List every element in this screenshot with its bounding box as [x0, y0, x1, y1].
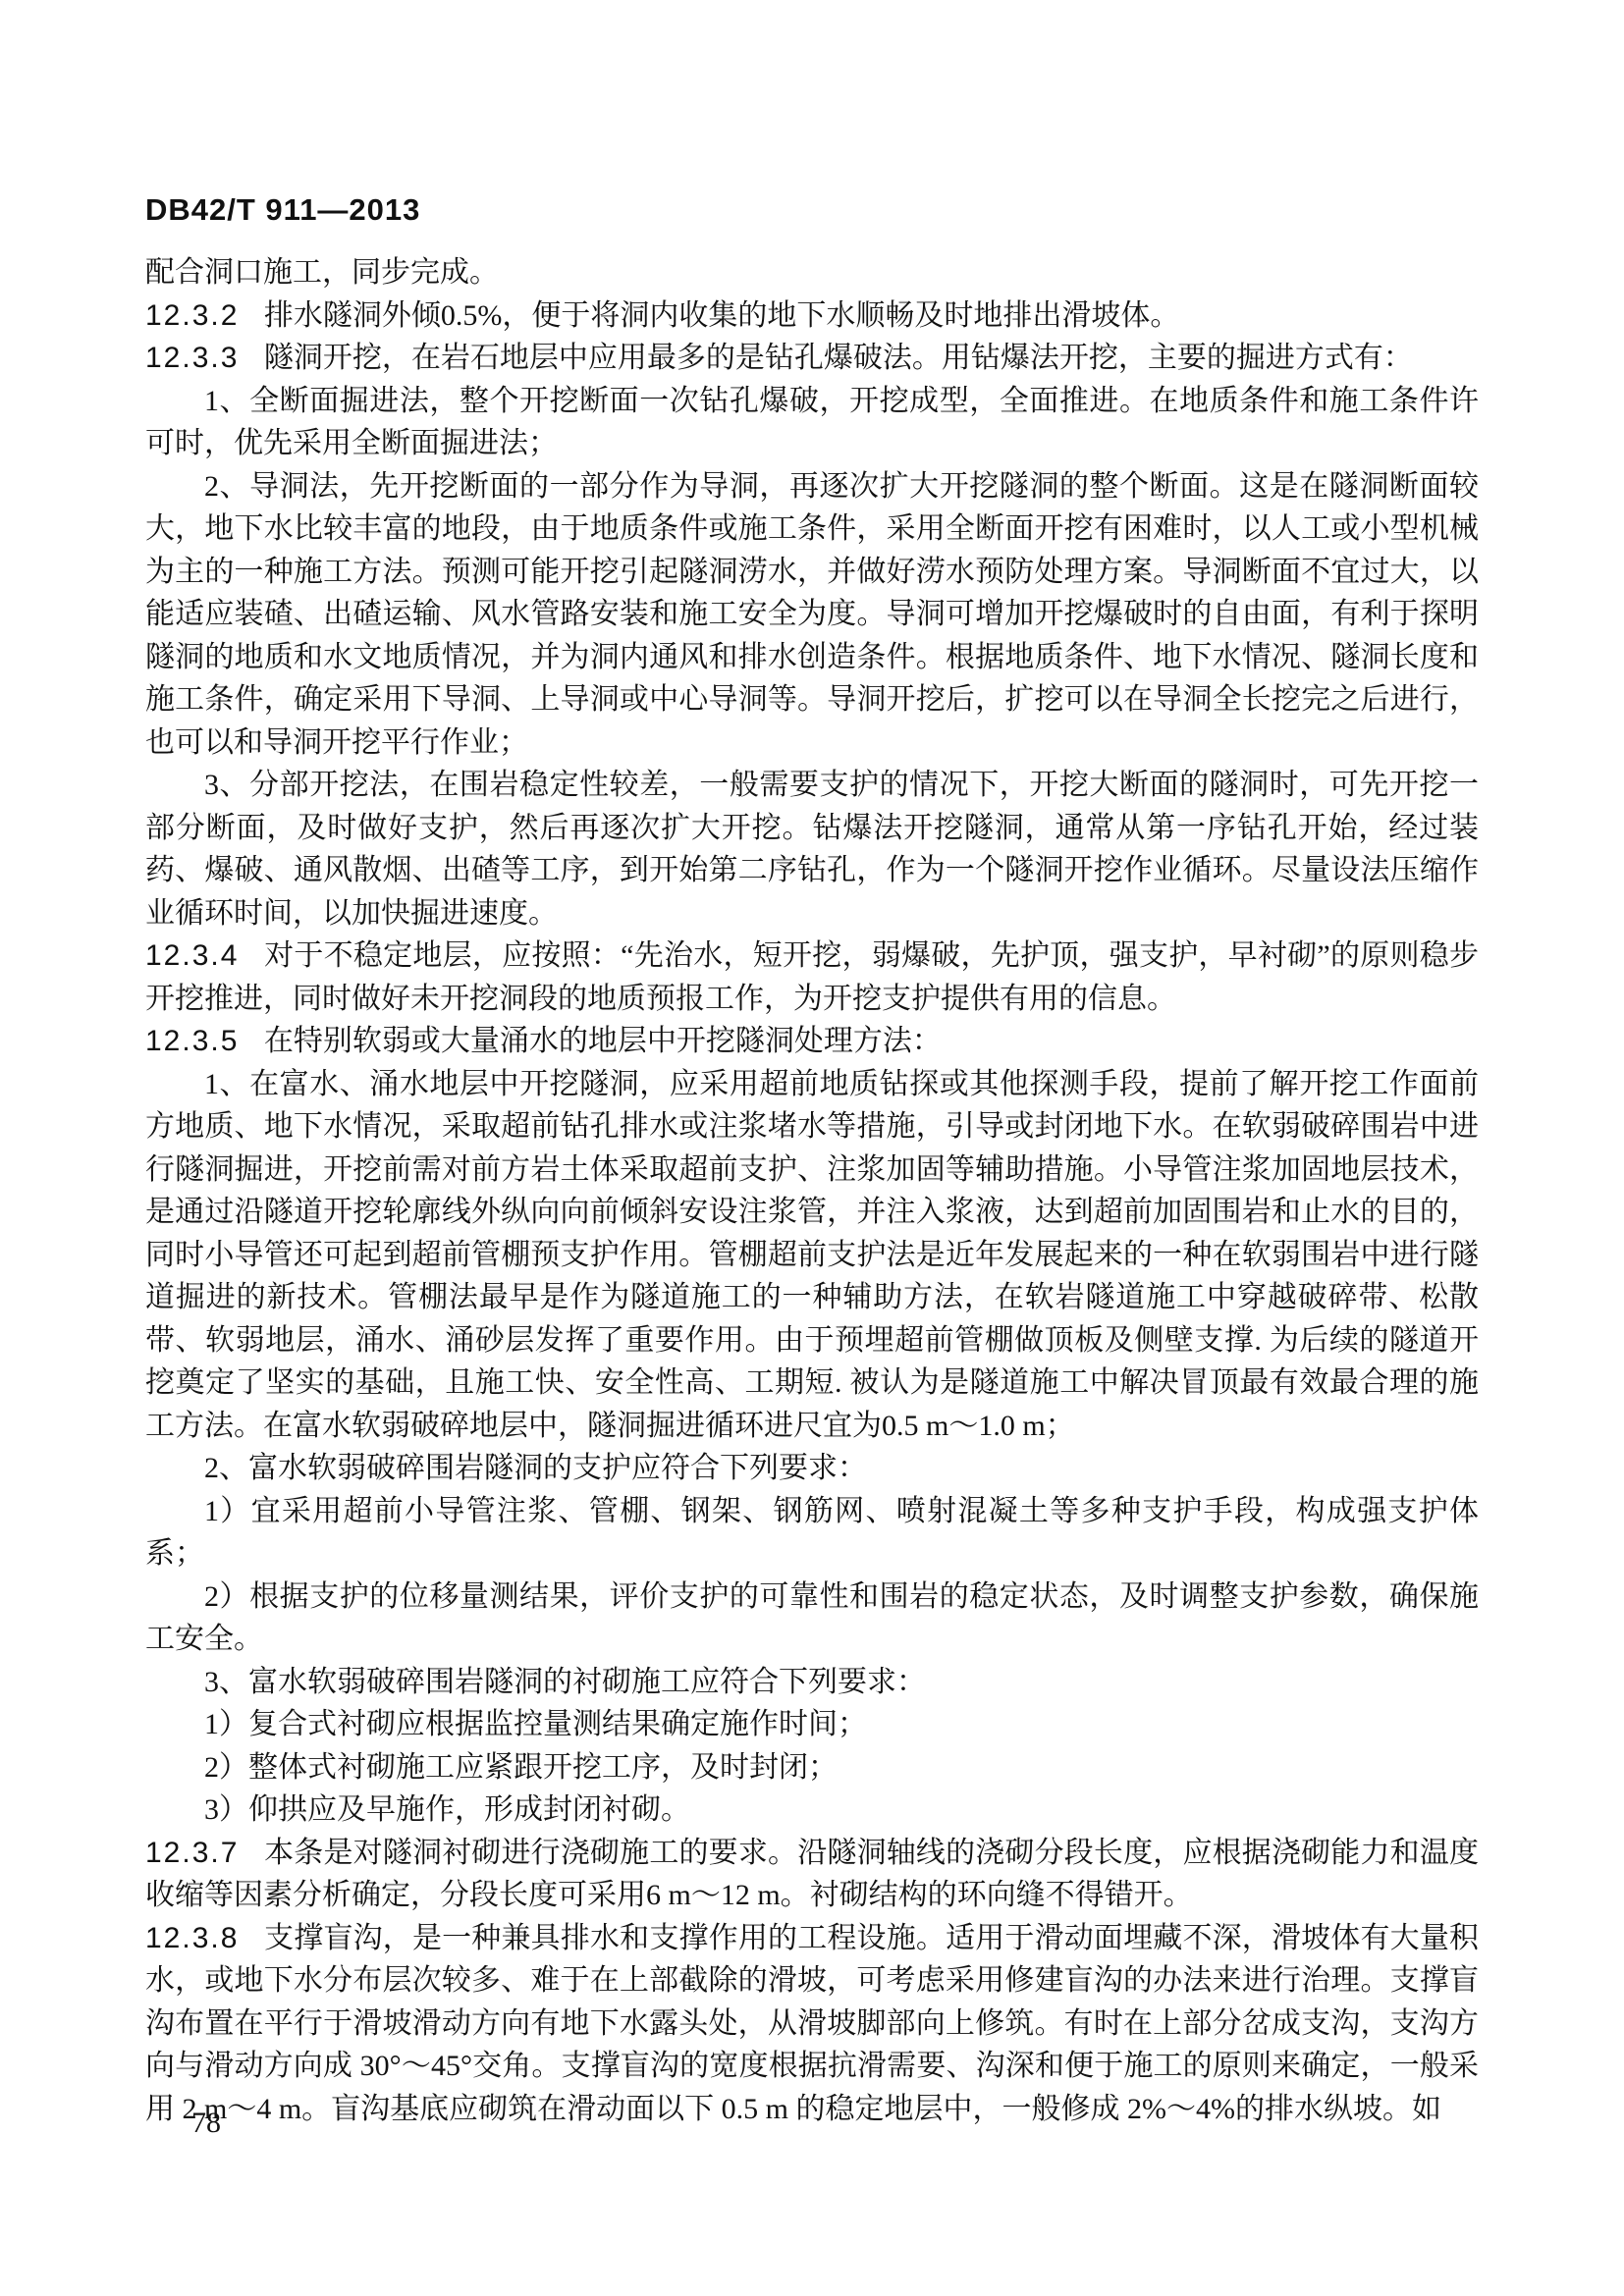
list-item-paragraph: 1、在富水、涌水地层中开挖隧洞，应采用超前地质钻探或其他探测手段，提前了解开挖工…: [145, 1063, 1479, 1448]
paragraph-text: 3、富水软弱破碎围岩隧洞的衬砌施工应符合下列要求：: [204, 1666, 926, 1698]
paragraph-text: 2、导洞法，先开挖断面的一部分作为导洞，再逐次扩大开挖隧洞的整个断面。这是在隧洞…: [145, 470, 1479, 759]
paragraph-text: 支撑盲沟，是一种兼具排水和支撑作用的工程设施。适用于滑动面埋藏不深，滑坡体有大量…: [145, 1922, 1479, 2125]
clause-paragraph: 12.3.2排水隧洞外倾0.5%，便于将洞内收集的地下水顺畅及时地排出滑坡体。: [145, 294, 1479, 338]
sub-item-paragraph: 2）整体式衬砌施工应紧跟开挖工序，及时封闭；: [145, 1746, 1479, 1789]
paragraph-text: 1、全断面掘进法，整个开挖断面一次钻孔爆破，开挖成型，全面推进。在地质条件和施工…: [145, 385, 1479, 460]
paragraph-text: 2、富水软弱破碎围岩隧洞的支护应符合下列要求：: [204, 1452, 867, 1484]
paragraph-text: 2）整体式衬砌施工应紧跟开挖工序，及时封闭；: [204, 1751, 838, 1784]
paragraph-text: 对于不稳定地层，应按照：“先治水，短开挖，弱爆破，先护顶，强支护，早衬砌”的原则…: [145, 939, 1479, 1015]
clause-number: 12.3.5: [145, 1025, 239, 1057]
page-number: 78: [191, 2107, 221, 2140]
sub-item-paragraph: 1）宜采用超前小导管注浆、管棚、钢架、钢筋网、喷射混凝土等多种支护手段，构成强支…: [145, 1490, 1479, 1575]
clause-number: 12.3.8: [145, 1922, 239, 1954]
clause-paragraph: 12.3.3隧洞开挖，在岩石地层中应用最多的是钻孔爆破法。用钻爆法开挖，主要的掘…: [145, 337, 1479, 380]
list-item-paragraph: 2、导洞法，先开挖断面的一部分作为导洞，再逐次扩大开挖隧洞的整个断面。这是在隧洞…: [145, 465, 1479, 765]
clause-paragraph: 12.3.8支撑盲沟，是一种兼具排水和支撑作用的工程设施。适用于滑动面埋藏不深，…: [145, 1917, 1479, 2131]
paragraph-text: 在特别软弱或大量涌水的地层中开挖隧洞处理方法：: [264, 1025, 942, 1057]
clause-number: 12.3.4: [145, 939, 239, 972]
paragraph-text: 2）根据支护的位移量测结果，评价支护的可靠性和围岩的稳定状态，及时调整支护参数，…: [145, 1580, 1479, 1656]
clause-number: 12.3.2: [145, 299, 239, 332]
list-item-paragraph: 3、分部开挖法，在围岩稳定性较差，一般需要支护的情况下，开挖大断面的隧洞时，可先…: [145, 764, 1479, 934]
standard-number-header: DB42/T 911—2013: [145, 192, 420, 228]
paragraph-text: 1、在富水、涌水地层中开挖隧洞，应采用超前地质钻探或其他探测手段，提前了解开挖工…: [145, 1068, 1479, 1442]
paragraph-text: 配合洞口施工，同步完成。: [145, 256, 499, 289]
clause-number: 12.3.3: [145, 342, 239, 374]
paragraph-text: 3、分部开挖法，在围岩稳定性较差，一般需要支护的情况下，开挖大断面的隧洞时，可先…: [145, 769, 1479, 930]
clause-paragraph: 12.3.7本条是对隧洞衬砌进行浇砌施工的要求。沿隧洞轴线的浇砌分段长度，应根据…: [145, 1832, 1479, 1917]
list-item-paragraph: 3、富水软弱破碎围岩隧洞的衬砌施工应符合下列要求：: [145, 1661, 1479, 1704]
sub-item-paragraph: 2）根据支护的位移量测结果，评价支护的可靠性和围岩的稳定状态，及时调整支护参数，…: [145, 1575, 1479, 1661]
clause-number: 12.3.7: [145, 1837, 239, 1869]
document-page: DB42/T 911—2013 配合洞口施工，同步完成。12.3.2排水隧洞外倾…: [0, 0, 1624, 2296]
sub-item-paragraph: 1）复合式衬砌应根据监控量测结果确定施作时间；: [145, 1703, 1479, 1746]
paragraph-text: 3）仰拱应及早施作，形成封闭衬砌。: [204, 1793, 690, 1826]
paragraph-text: 1）宜采用超前小导管注浆、管棚、钢架、钢筋网、喷射混凝土等多种支护手段，构成强支…: [145, 1495, 1479, 1571]
paragraph-text: 1）复合式衬砌应根据监控量测结果确定施作时间；: [204, 1708, 867, 1740]
sub-item-paragraph: 3）仰拱应及早施作，形成封闭衬砌。: [145, 1789, 1479, 1832]
list-item-paragraph: 1、全断面掘进法，整个开挖断面一次钻孔爆破，开挖成型，全面推进。在地质条件和施工…: [145, 380, 1479, 465]
paragraph-text: 排水隧洞外倾0.5%，便于将洞内收集的地下水顺畅及时地排出滑坡体。: [264, 299, 1180, 332]
clause-paragraph: 12.3.5在特别软弱或大量涌水的地层中开挖隧洞处理方法：: [145, 1020, 1479, 1063]
document-body: 配合洞口施工，同步完成。12.3.2排水隧洞外倾0.5%，便于将洞内收集的地下水…: [145, 251, 1479, 2130]
clause-paragraph: 12.3.4对于不稳定地层，应按照：“先治水，短开挖，弱爆破，先护顶，强支护，早…: [145, 934, 1479, 1020]
paragraph-text: 隧洞开挖，在岩石地层中应用最多的是钻孔爆破法。用钻爆法开挖，主要的掘进方式有：: [264, 342, 1413, 374]
list-item-paragraph: 2、富水软弱破碎围岩隧洞的支护应符合下列要求：: [145, 1447, 1479, 1490]
continuation-paragraph: 配合洞口施工，同步完成。: [145, 251, 1479, 294]
paragraph-text: 本条是对隧洞衬砌进行浇砌施工的要求。沿隧洞轴线的浇砌分段长度，应根据浇砌能力和温…: [145, 1837, 1479, 1912]
